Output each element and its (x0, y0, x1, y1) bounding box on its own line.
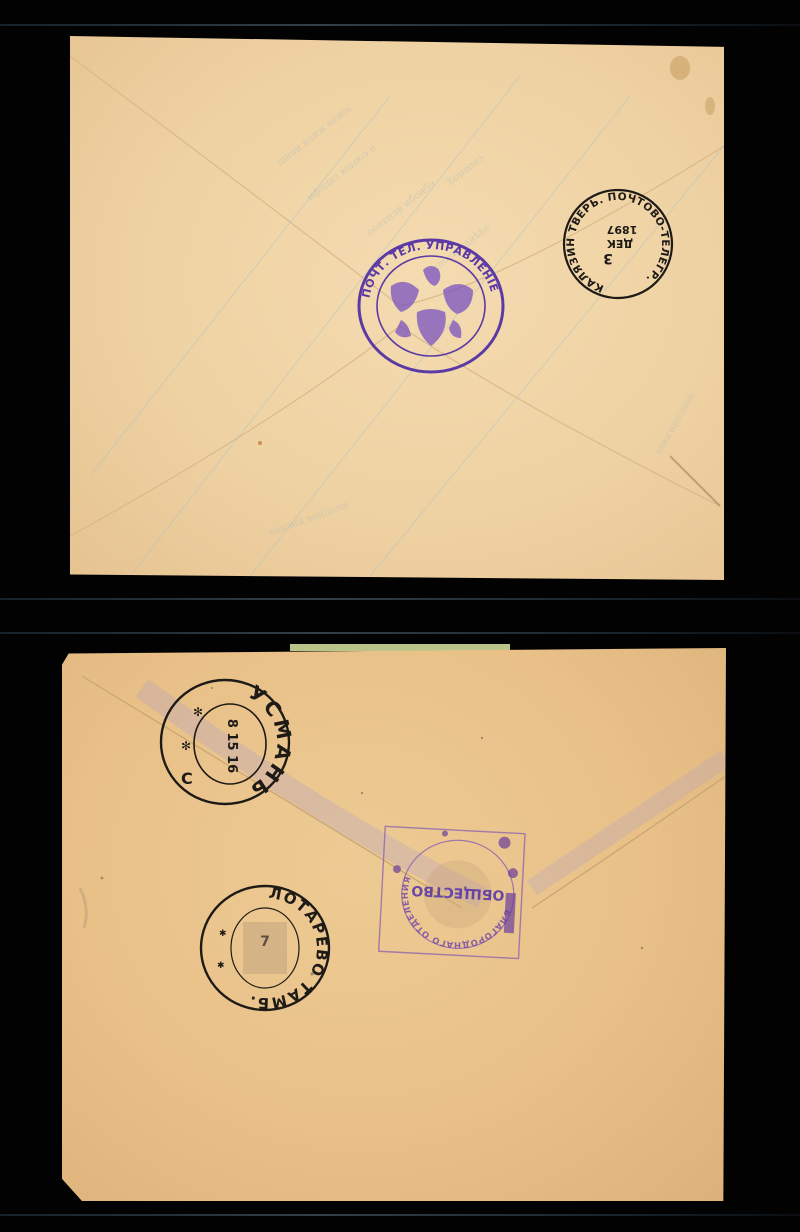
mount-strip-middle-upper (0, 598, 800, 600)
svg-text:8 15 16: 8 15 16 (224, 719, 239, 773)
svg-text:✱: ✱ (219, 929, 227, 939)
usman-postmark: УСМАНЬ С ✻ ✻ 8 15 16 (161, 680, 297, 804)
svg-text:шиаи влиж нєиоі: шиаи влиж нєиоі (275, 104, 353, 169)
svg-text:Боивонэ: Боивонэ (445, 152, 487, 188)
svg-text:✻: ✻ (181, 739, 191, 753)
mount-tab (290, 644, 510, 651)
kalyazin-postmark: КАЛЯЗИН ТВЕРЬ. ПОЧТОВО-ТЕЛЕГР. 3 ДЕК 189… (564, 190, 672, 298)
svg-text:✻: ✻ (193, 705, 203, 719)
lotarevo-postmark: ЛОТАРЕВО ТАМБ. ✱ ✱ 7 (201, 884, 331, 1012)
mount-strip-bottom (0, 1214, 800, 1216)
mount-strip-middle-lower (0, 632, 800, 634)
mount-strip-top (0, 24, 800, 26)
envelope-bottom-art: УСМАНЬ С ✻ ✻ 8 15 16 ЛОТАРЕВО ТАМБ. ✱ ✱ … (62, 648, 726, 1201)
svg-text:7: 7 (260, 934, 270, 950)
envelope-top-art: шиаи влиж нєиоі ифлдвэ воыюэ е оонєилв и… (70, 36, 724, 580)
svg-text:элюгинєлиое: элюгинєлиое (653, 391, 697, 457)
envelope-bottom: УСМАНЬ С ✻ ✻ 8 15 16 ЛОТАРЕВО ТАМБ. ✱ ✱ … (62, 648, 726, 1201)
svg-text:✱: ✱ (217, 961, 225, 971)
svg-text:1897: 1897 (607, 223, 638, 236)
svg-text:оонєилв ибоибэ: оонєилв ибоибэ (365, 178, 438, 238)
svg-text:3: 3 (603, 250, 613, 266)
svg-text:ДЕК: ДЕК (607, 237, 633, 250)
svg-text:еонэия воилоли: еонэия воилоли (267, 500, 350, 539)
violet-seal: ПОЧТ. ТЕЛ. УПРАВЛЕНІЕ (359, 239, 503, 372)
envelope-top: шиаи влиж нєиоі ифлдвэ воыюэ е оонєилв и… (70, 36, 724, 580)
svg-text:С: С (181, 769, 193, 788)
svg-text:ифлдвэ воыюэ е: ифлдвэ воыюэ е (305, 143, 378, 204)
